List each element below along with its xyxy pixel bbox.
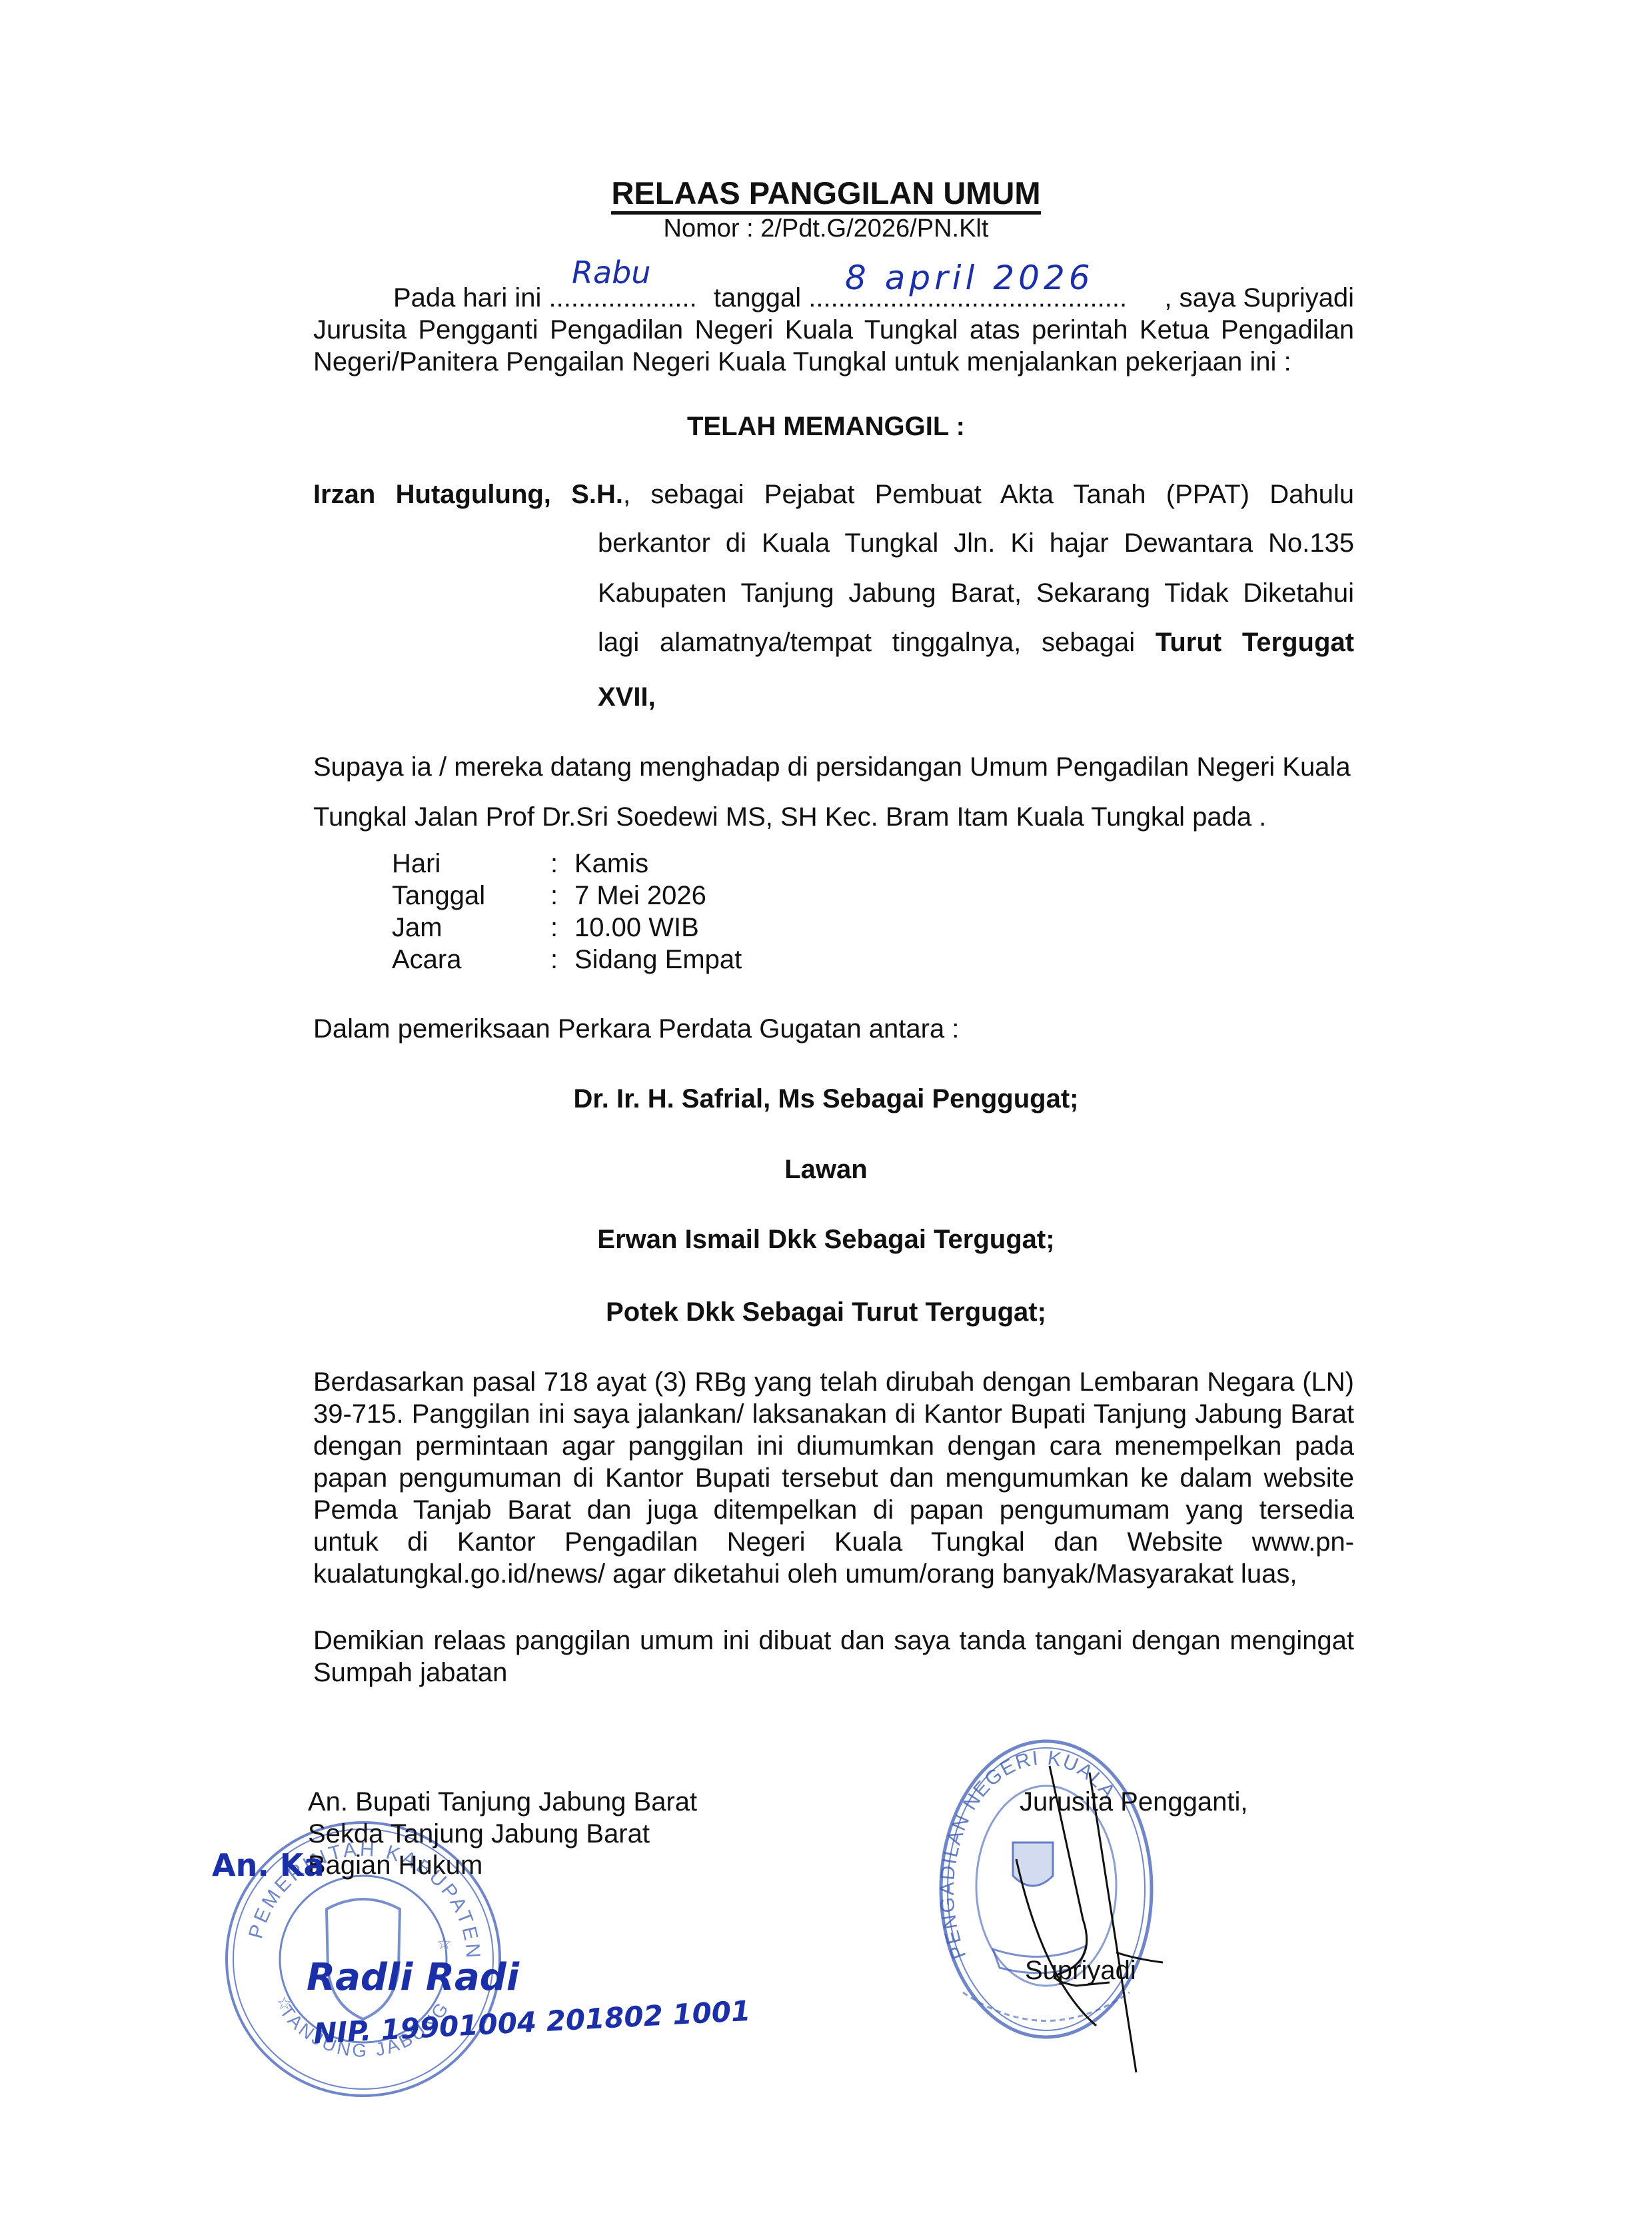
summoned-line-3: Kabupaten Tanjung Jabung Barat, Sekarang… [598, 578, 1354, 610]
schedule-separator: : [550, 881, 558, 911]
signatory-line-2: Sekda Tanjung Jabung Barat [308, 1819, 650, 1849]
summoned-name: Irzan Hutagulung, S.H. [313, 480, 623, 509]
legal-basis-line: untuk di Kantor Pengadilan Negeri Kuala … [313, 1527, 1354, 1559]
summoned-role: Turut Tergugat [1156, 628, 1354, 657]
svg-text:☆: ☆ [436, 1933, 452, 1953]
summoned-heading: TELAH MEMANGGIL : [0, 412, 1652, 442]
summons-line-2: Tungkal Jalan Prof Dr.Sri Soedewi MS, SH… [313, 801, 1266, 833]
closing-line: Sumpah jabatan [313, 1658, 1354, 1690]
schedule-value: 7 Mei 2026 [574, 881, 706, 911]
plaintiff: Dr. Ir. H. Safrial, Ms Sebagai Penggugat… [0, 1084, 1652, 1114]
opening-suffix: , saya Supriyadi [1161, 282, 1354, 314]
versus: Lawan [0, 1155, 1652, 1185]
schedule-value: Kamis [574, 849, 648, 879]
defendant: Erwan Ismail Dkk Sebagai Tergugat; [0, 1225, 1652, 1255]
handwritten-signature-left: Radli Radi [307, 1956, 519, 1999]
opening-prefix: Pada hari ini [393, 283, 541, 313]
handwritten-day: Rabu [572, 255, 651, 291]
svg-text:☆: ☆ [277, 1993, 292, 2013]
schedule-label: Hari [392, 849, 440, 879]
schedule-separator: : [550, 945, 558, 975]
co-defendant: Potek Dkk Sebagai Turut Tergugat; [0, 1297, 1652, 1327]
bailiff-name: Supriyadi [1025, 1956, 1136, 1986]
schedule-value: Sidang Empat [574, 945, 742, 975]
schedule-label: Tanggal [392, 881, 485, 911]
legal-basis-line: papan pengumuman di Kantor Bupati terseb… [313, 1463, 1354, 1495]
schedule-label: Acara [392, 945, 462, 975]
legal-basis-line: kualatungkal.go.id/news/ agar diketahui … [313, 1559, 1354, 1591]
signatory-line-1: An. Bupati Tanjung Jabung Barat [308, 1787, 697, 1817]
summoned-line-1: Irzan Hutagulung, S.H., sebagai Pejabat … [313, 480, 1354, 512]
summoned-line-1-rest: , sebagai Pejabat Pembuat Akta Tanah (PP… [623, 480, 1354, 509]
summoned-line-4: lagi alamatnya/tempat tinggalnya, sebaga… [598, 628, 1354, 660]
legal-basis-line: Berdasarkan pasal 718 ayat (3) RBg yang … [313, 1367, 1354, 1399]
summoned-line-4-prefix: lagi alamatnya/tempat tinggalnya, sebaga… [598, 628, 1135, 657]
closing-line: Demikian relaas panggilan umum ini dibua… [313, 1626, 1354, 1658]
case-intro: Dalam pemeriksaan Perkara Perdata Gugata… [313, 1013, 959, 1045]
signatory-line-3: Bagian Hukum [308, 1850, 482, 1880]
opening-line-2: Jurusita Pengganti Pengadilan Negeri Kua… [313, 315, 1354, 347]
opening-line-3: Negeri/Panitera Pengailan Negeri Kuala T… [313, 347, 1354, 379]
summoned-line-5: XVII, [598, 681, 656, 713]
schedule-separator: : [550, 849, 558, 879]
bailiff-signature-icon [1003, 1759, 1176, 2079]
legal-basis-line: Pemda Tanjab Barat dan juga ditempelkan … [313, 1495, 1354, 1527]
legal-basis-line: dengan permintaan agar panggilan ini diu… [313, 1431, 1354, 1463]
document-title: RELAAS PANGGILAN UMUM [0, 175, 1652, 211]
tanggal-label: tanggal [714, 283, 801, 313]
summoned-line-2: berkantor di Kuala Tungkal Jln. Ki hajar… [598, 528, 1354, 560]
handwritten-date: 8 april 2026 [845, 259, 1094, 297]
schedule-separator: : [550, 913, 558, 943]
legal-basis-line: 39-715. Panggilan ini saya jalankan/ lak… [313, 1399, 1354, 1431]
handwritten-an-ka: An. Ka [212, 1847, 325, 1883]
summons-line-1: Supaya ia / mereka datang menghadap di p… [313, 751, 1351, 783]
case-number: Nomor : 2/Pdt.G/2026/PN.Klt [0, 215, 1652, 243]
schedule-label: Jam [392, 913, 442, 943]
schedule-value: 10.00 WIB [574, 913, 699, 943]
